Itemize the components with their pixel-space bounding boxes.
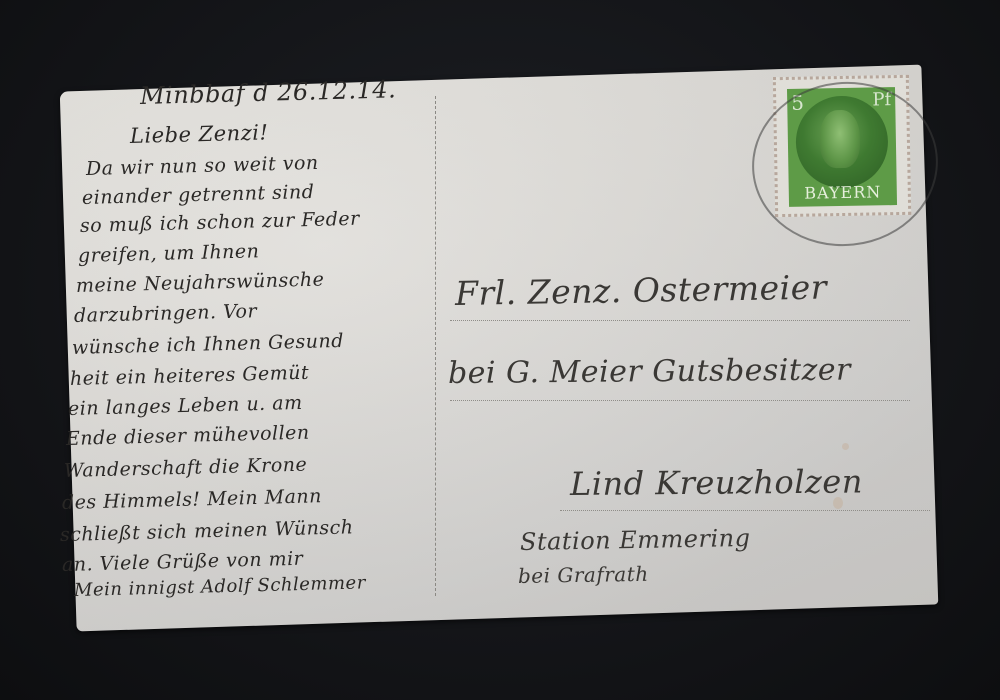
address-near: bei Grafrath	[518, 562, 649, 588]
postcard: Minbbaf d 26.12.14. Liebe Zenzi! Da wir …	[0, 0, 1000, 700]
address-care-of: bei G. Meier Gutsbesitzer	[448, 352, 851, 391]
foxing-stain	[842, 443, 849, 450]
center-divider	[435, 96, 436, 596]
address-rule-3	[560, 510, 930, 511]
address-station: Station Emmering	[520, 524, 751, 556]
address-recipient: Frl. Zenz. Ostermeier	[455, 268, 828, 313]
foxing-stain	[833, 497, 843, 509]
address-locality: Lind Kreuzholzen	[570, 462, 863, 503]
address-rule-1	[450, 320, 910, 321]
greeting: Liebe Zenzi!	[130, 120, 269, 148]
address-rule-2	[450, 400, 910, 401]
